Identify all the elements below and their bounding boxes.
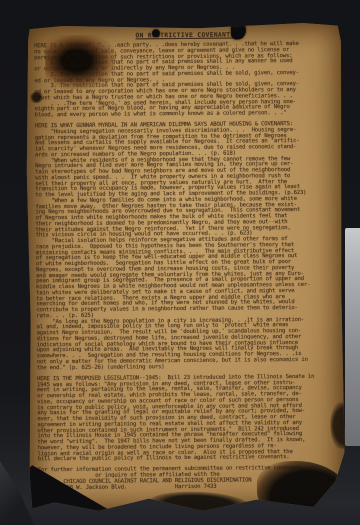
background-object-right <box>345 228 360 446</box>
photo-backdrop: ON RESTRICTIVE COVENANTS HERE IS A COVEN… <box>0 0 360 525</box>
document-paper: ON RESTRICTIVE COVENANTS HERE IS A COVEN… <box>25 23 345 514</box>
section-proposed-legislation-text: HERE IS THE PROPOSED LEGISLATION--1945: … <box>37 374 340 463</box>
ink-smudge-bottom <box>149 490 250 518</box>
document-footer-contact: For further information consult the perm… <box>38 466 340 492</box>
background-object-bottom-left <box>0 447 34 525</box>
document-title: ON RESTRICTIVE COVENANTS <box>34 31 336 41</box>
section-myrdal-quote-text: HERE IS WHAT GUNNAR MYRDAL IN AN AMERICA… <box>35 122 339 372</box>
section-covenant-text: HERE IS A COVENANT: ". . .each party. . … <box>34 42 337 119</box>
